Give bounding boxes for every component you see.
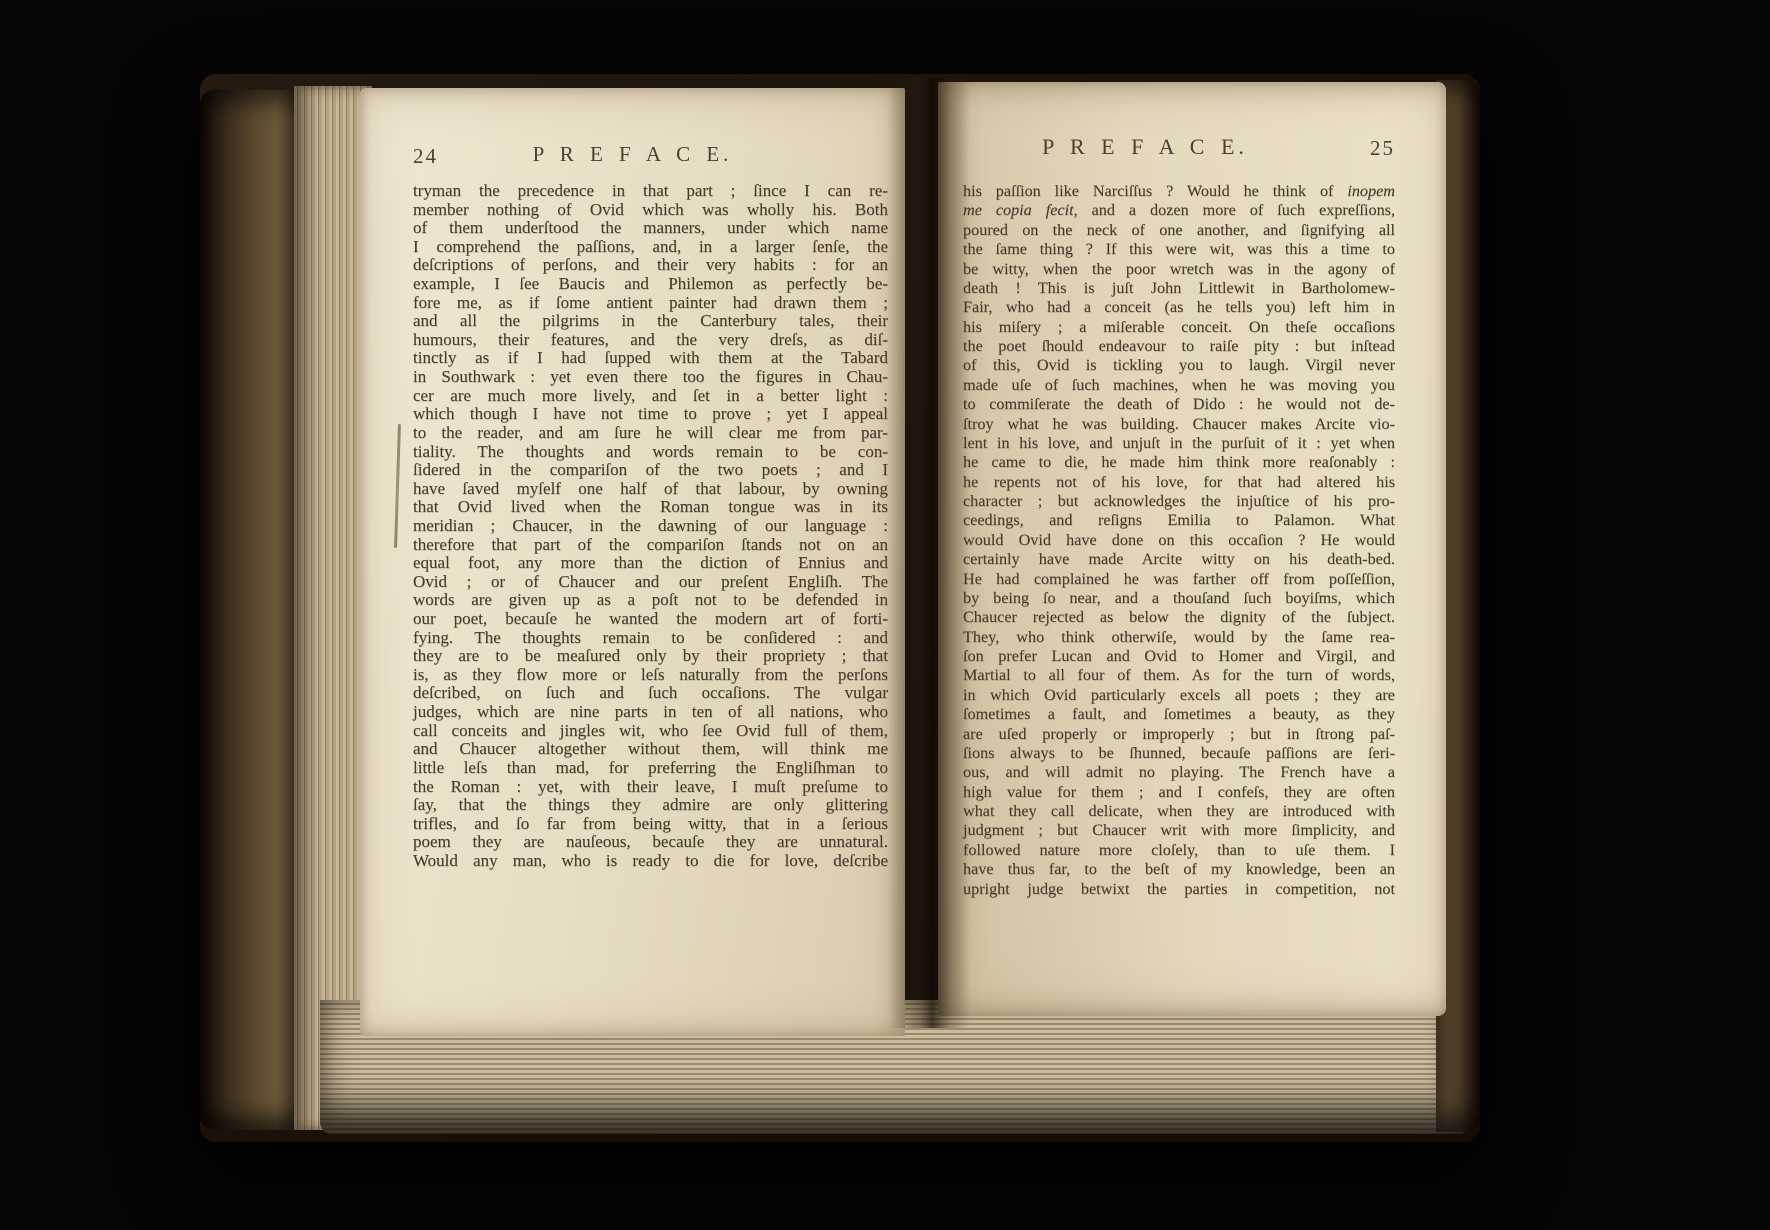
text-line: ſions always to be ſhunned, becauſe paſſ… — [963, 744, 1395, 763]
text-line: the poet ſhould endeavour to raiſe pity … — [963, 337, 1395, 356]
text-line: by being ſo near, and a thouſand ſuch bo… — [963, 589, 1395, 608]
text-line: the Roman : yet, with their leave, I muſ… — [413, 778, 888, 797]
text-line: followed nature more cloſely, than to uſ… — [963, 841, 1395, 860]
photo-background: 24 P R E F A C E. tryman the precedence … — [0, 0, 1770, 1230]
text-line: Ovid ; or of Chaucer and our preſent Eng… — [413, 573, 888, 592]
text-line: would Ovid have done on this occaſion ? … — [963, 531, 1395, 550]
text-line: humours, their features, and the very dr… — [413, 331, 888, 350]
book-cover-left-edge — [200, 90, 302, 1130]
text-line: He had complained he was farther off fro… — [963, 570, 1395, 589]
text-line: lent in his love, and unjuſt in the purſ… — [963, 434, 1395, 453]
text-line: tryman the precedence in that part ; ſin… — [413, 182, 888, 201]
text-line: which though I have not time to prove ; … — [413, 405, 888, 424]
text-line: Chaucer rejected as below the dignity of… — [963, 608, 1395, 627]
text-line: and all the pilgrims in the Canterbury t… — [413, 312, 888, 331]
left-page-header: 24 P R E F A C E. — [413, 142, 888, 174]
text-line: that Ovid lived when the Roman tongue wa… — [413, 498, 888, 517]
text-line: have thus far, to the beſt of my knowled… — [963, 860, 1395, 879]
text-line: They, who think otherwiſe, would by the … — [963, 628, 1395, 647]
text-line: Fair, who had a conceit (as he tells you… — [963, 298, 1395, 317]
left-text-block: tryman the precedence in that part ; ſin… — [413, 182, 888, 871]
text-line: call conceits and jingles wit, who ſee O… — [413, 722, 888, 741]
text-line: made uſe of ſuch machines, when he was m… — [963, 376, 1395, 395]
text-line: character ; but acknowledges the injuſti… — [963, 492, 1395, 511]
text-line: tiality. The thoughts and words remain t… — [413, 443, 888, 462]
text-line: of them underſtood the manners, under wh… — [413, 219, 888, 238]
book: 24 P R E F A C E. tryman the precedence … — [200, 74, 1480, 1142]
text-line: deſcribed, on ſuch and ſuch occaſions. T… — [413, 684, 888, 703]
text-line: poured on the neck of one another, and ſ… — [963, 221, 1395, 240]
right-running-title: P R E F A C E. — [1042, 134, 1248, 160]
text-line: his paſſion like Narciſſus ? Would he th… — [963, 182, 1395, 201]
text-line: ſon prefer Lucan and Ovid to Homer and V… — [963, 647, 1395, 666]
left-page-number: 24 — [413, 144, 438, 169]
text-line: in which Ovid particularly excels all po… — [963, 686, 1395, 705]
text-line: poem they are nauſeous, becauſe they are… — [413, 833, 888, 852]
text-line: his miſery ; a miſerable conceit. On the… — [963, 318, 1395, 337]
text-line: ous, and will admit no playing. The Fren… — [963, 763, 1395, 782]
text-line: deſcriptions of perſons, and their very … — [413, 256, 888, 275]
text-line: be witty, when the poor wretch was in th… — [963, 260, 1395, 279]
text-line: of this, Ovid is tickling you to laugh. … — [963, 356, 1395, 375]
text-line: he repents not of his love, for that had… — [963, 473, 1395, 492]
text-line: fying. The thoughts remain to be conſide… — [413, 629, 888, 648]
text-line: to the reader, and am ſure he will clear… — [413, 424, 888, 443]
text-line: equal foot, any more than the diction of… — [413, 554, 888, 573]
left-page: 24 P R E F A C E. tryman the precedence … — [360, 88, 905, 1036]
text-line: high value for them ; and I confeſs, the… — [963, 783, 1395, 802]
text-line: I comprehend the paſſions, and, in a lar… — [413, 238, 888, 257]
text-line: ſometimes a fault, and ſometimes a beaut… — [963, 705, 1395, 724]
text-line: ſtroy what he was building. Chaucer make… — [963, 415, 1395, 434]
text-line: the ſame thing ? If this were wit, was t… — [963, 240, 1395, 259]
text-line: to commiſerate the death of Dido : he wo… — [963, 395, 1395, 414]
text-line: example, I ſee Baucis and Philemon as pe… — [413, 275, 888, 294]
text-line: words are given up as a poſt not to be d… — [413, 591, 888, 610]
text-line: tinctly as if I had ſupped with them at … — [413, 349, 888, 368]
text-line: trifles, and ſo far from being witty, th… — [413, 815, 888, 834]
text-line: ſay, that the things they admire are onl… — [413, 796, 888, 815]
text-line: have ſaved myſelf one half of that labou… — [413, 480, 888, 499]
right-page: P R E F A C E. 25 his paſſion like Narci… — [938, 82, 1446, 1016]
right-page-number: 25 — [1370, 136, 1395, 161]
text-line: little leſs than mad, for preferring the… — [413, 759, 888, 778]
text-line: judges, which are nine parts in ten of a… — [413, 703, 888, 722]
text-line: in Southwark : yet even there too the fi… — [413, 368, 888, 387]
right-text-block: his paſſion like Narciſſus ? Would he th… — [963, 182, 1395, 899]
text-line: ſidered in the compariſon of the two poe… — [413, 461, 888, 480]
text-line: he came to die, he made him think more r… — [963, 453, 1395, 472]
text-line: meridian ; Chaucer, in the dawning of ou… — [413, 517, 888, 536]
text-line: Martial to all four of them. As for the … — [963, 666, 1395, 685]
text-line: they are to be meaſured only by their pr… — [413, 647, 888, 666]
text-line: upright judge betwixt the parties in com… — [963, 880, 1395, 899]
text-line: is, as they flow more or leſs naturally … — [413, 666, 888, 685]
text-line: therefore that part of the compariſon ſt… — [413, 536, 888, 555]
left-running-title: P R E F A C E. — [533, 142, 733, 167]
margin-ink-mark — [394, 424, 400, 548]
text-line: member nothing of Ovid which was wholly … — [413, 201, 888, 220]
text-line: judgment ; but Chaucer writ with more ſi… — [963, 821, 1395, 840]
text-line: cer are much more lively, and ſet in a b… — [413, 387, 888, 406]
text-line: and Chaucer altogether without them, wil… — [413, 740, 888, 759]
text-line: Would any man, who is ready to die for l… — [413, 852, 888, 871]
text-line: our poet, becauſe he wanted the modern a… — [413, 610, 888, 629]
text-line: ceedings, and reſigns Emilia to Palamon.… — [963, 511, 1395, 530]
text-line: are uſed properly or improperly ; but in… — [963, 725, 1395, 744]
right-page-header: P R E F A C E. 25 — [963, 134, 1395, 166]
text-line: certainly have made Arcite witty on his … — [963, 550, 1395, 569]
text-line: death ! This is juſt John Littlewit in B… — [963, 279, 1395, 298]
text-line: fore me, as if ſome antient painter had … — [413, 294, 888, 313]
text-line: me copia fecit, and a dozen more of ſuch… — [963, 201, 1395, 220]
text-line: what they call delicate, when they are i… — [963, 802, 1395, 821]
